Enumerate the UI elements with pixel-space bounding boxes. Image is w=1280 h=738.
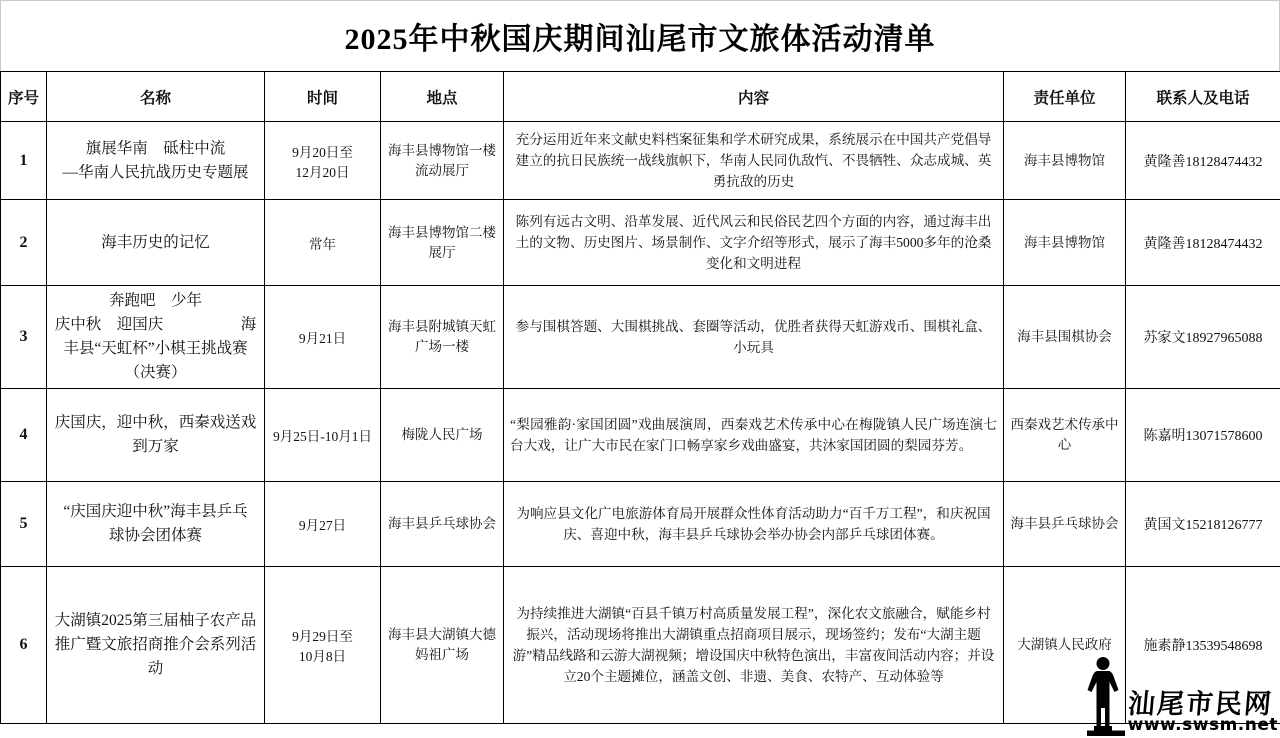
contact-cell: 陈嘉明13071578600 bbox=[1126, 389, 1280, 482]
page-title: 2025年中秋国庆期间汕尾市文旅体活动清单 bbox=[345, 14, 936, 58]
col-header-contact: 联系人及电话 bbox=[1126, 72, 1280, 122]
unit-cell: 海丰县乒乓球协会 bbox=[1004, 482, 1126, 567]
serial-cell: 5 bbox=[1, 482, 47, 567]
serial-cell: 1 bbox=[1, 122, 47, 200]
contact-cell: 黄隆善18128474432 bbox=[1126, 122, 1280, 200]
serial-cell: 6 bbox=[1, 567, 47, 724]
name-cell: 大湖镇2025第三届柚子农产品 推广暨文旅招商推介会系列活 动 bbox=[47, 567, 265, 724]
place-cell: 海丰县博物馆一楼 流动展厅 bbox=[381, 122, 504, 200]
contact-cell: 苏家文18927965088 bbox=[1126, 286, 1280, 389]
watermark-site-url: www.swsm.net bbox=[1128, 717, 1278, 734]
name-cell: “庆国庆迎中秋”海丰县乒乓 球协会团体赛 bbox=[47, 482, 265, 567]
content-cell: 充分运用近年来文献史料档案征集和学术研究成果，系统展示在中国共产党倡导建立的抗日… bbox=[504, 122, 1004, 200]
contact-cell: 黄国文15218126777 bbox=[1126, 482, 1280, 567]
time-cell: 9月29日至 10月8日 bbox=[265, 567, 381, 724]
serial-cell: 4 bbox=[1, 389, 47, 482]
unit-cell: 西秦戏艺术传承中 心 bbox=[1004, 389, 1126, 482]
contact-cell: 黄隆善18128474432 bbox=[1126, 200, 1280, 286]
col-header-time: 时间 bbox=[265, 72, 381, 122]
place-cell: 梅陇人民广场 bbox=[381, 389, 504, 482]
time-cell: 9月20日至 12月20日 bbox=[265, 122, 381, 200]
col-header-serial: 序号 bbox=[1, 72, 47, 122]
place-cell: 海丰县附城镇天虹 广场一楼 bbox=[381, 286, 504, 389]
name-cell: 奔跑吧 少年 庆中秋 迎国庆 海 丰县“天虹杯”小棋王挑战赛 （决赛） bbox=[47, 286, 265, 389]
place-cell: 海丰县博物馆二楼 展厅 bbox=[381, 200, 504, 286]
table-row: 4 庆国庆，迎中秋，西秦戏送戏 到万家 9月25日-10月1日 梅陇人民广场 “… bbox=[1, 389, 1280, 482]
watermark-site-name: 汕尾市民网 bbox=[1126, 690, 1273, 718]
activity-list-sheet: 2025年中秋国庆期间汕尾市文旅体活动清单 序号 名称 时间 地点 内容 责任单… bbox=[0, 0, 1280, 738]
unit-cell: 海丰县围棋协会 bbox=[1004, 286, 1126, 389]
col-header-content: 内容 bbox=[504, 72, 1004, 122]
col-header-place: 地点 bbox=[381, 72, 504, 122]
name-cell: 海丰历史的记忆 bbox=[47, 200, 265, 286]
place-cell: 海丰县大湖镇大德 妈祖广场 bbox=[381, 567, 504, 724]
time-cell: 常年 bbox=[265, 200, 381, 286]
place-cell: 海丰县乒乓球协会 bbox=[381, 482, 504, 567]
table-row: 5 “庆国庆迎中秋”海丰县乒乓 球协会团体赛 9月27日 海丰县乒乓球协会 为响… bbox=[1, 482, 1280, 567]
time-cell: 9月21日 bbox=[265, 286, 381, 389]
content-cell: 陈列有远古文明、沿革发展、近代风云和民俗民艺四个方面的内容，通过海丰出土的文物、… bbox=[504, 200, 1004, 286]
content-cell: 为持续推进大湖镇“百县千镇万村高质量发展工程”，深化农文旅融合，赋能乡村振兴，活… bbox=[504, 567, 1004, 724]
content-cell: 为响应县文化广电旅游体育局开展群众性体育活动助力“百千万工程”，和庆祝国庆、喜迎… bbox=[504, 482, 1004, 567]
table-row: 3 奔跑吧 少年 庆中秋 迎国庆 海 丰县“天虹杯”小棋王挑战赛 （决赛） 9月… bbox=[1, 286, 1280, 389]
watermark-logo: 汕尾市民网 www.swsm.net bbox=[1086, 656, 1278, 736]
unit-cell: 海丰县博物馆 bbox=[1004, 122, 1126, 200]
serial-cell: 3 bbox=[1, 286, 47, 389]
table-row: 1 旗展华南 砥柱中流 —华南人民抗战历史专题展 9月20日至 12月20日 海… bbox=[1, 122, 1280, 200]
header-row: 序号 名称 时间 地点 内容 责任单位 联系人及电话 bbox=[1, 72, 1280, 122]
table-row: 2 海丰历史的记忆 常年 海丰县博物馆二楼 展厅 陈列有远古文明、沿革发展、近代… bbox=[1, 200, 1280, 286]
activity-table: 序号 名称 时间 地点 内容 责任单位 联系人及电话 1 旗展华南 砥柱中流 —… bbox=[0, 71, 1280, 724]
col-header-name: 名称 bbox=[47, 72, 265, 122]
content-cell: 参与围棋答题、大围棋挑战、套圈等活动，优胜者获得天虹游戏币、围棋礼盒、小玩具 bbox=[504, 286, 1004, 389]
watermark-text-block: 汕尾市民网 www.swsm.net bbox=[1128, 690, 1278, 736]
name-cell: 旗展华南 砥柱中流 —华南人民抗战历史专题展 bbox=[47, 122, 265, 200]
col-header-unit: 责任单位 bbox=[1004, 72, 1126, 122]
content-cell: “梨园雅韵·家国团圆”戏曲展演周，西秦戏艺术传承中心在梅陇镇人民广场连演七台大戏… bbox=[504, 389, 1004, 482]
time-cell: 9月27日 bbox=[265, 482, 381, 567]
person-silhouette-icon bbox=[1086, 656, 1126, 736]
serial-cell: 2 bbox=[1, 200, 47, 286]
name-cell: 庆国庆，迎中秋，西秦戏送戏 到万家 bbox=[47, 389, 265, 482]
title-band: 2025年中秋国庆期间汕尾市文旅体活动清单 bbox=[0, 0, 1280, 71]
time-cell: 9月25日-10月1日 bbox=[265, 389, 381, 482]
unit-cell: 海丰县博物馆 bbox=[1004, 200, 1126, 286]
